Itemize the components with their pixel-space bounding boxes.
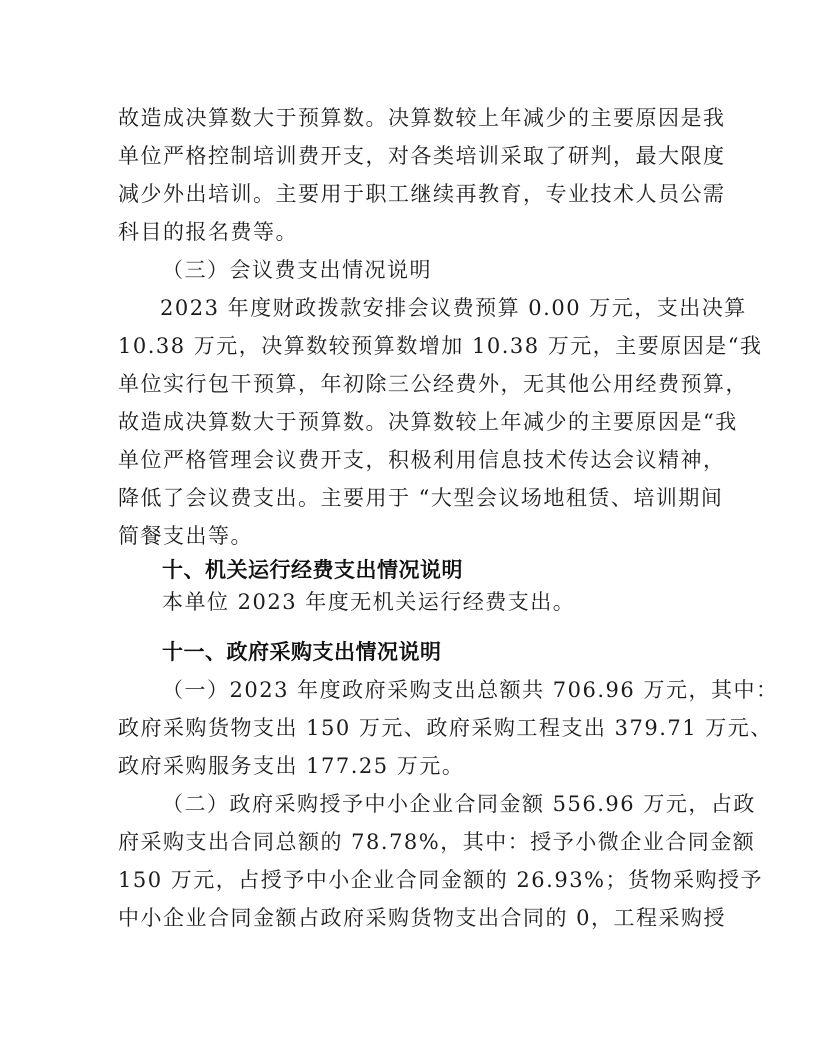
text-line: 单位实行包干预算，年初除三公经费外，无其他公用经费预算， [118,370,718,398]
text-line: 2023 年度财政拨款安排会议费预算 0.00 万元，支出决算 [160,294,760,322]
text-line: 10.38 万元，决算数较预算数增加 10.38 万元，主要原因是“我 [118,332,718,360]
text-line: 减少外出培训。主要用于职工继续再教育，专业技术人员公需 [118,180,718,208]
text-line: 政府采购服务支出 177.25 万元。 [118,752,718,780]
text-line: 本单位 2023 年度无机关运行经费支出。 [162,588,762,616]
text-line: （二）政府采购授予中小企业合同金额 556.96 万元，占政 [162,790,762,818]
text-line: 故造成决算数大于预算数。决算数较上年减少的主要原因是我 [118,104,718,132]
text-line: 单位严格控制培训费开支，对各类培训采取了研判，最大限度 [118,142,718,170]
text-line: 科目的报名费等。 [118,218,718,246]
text-line: 政府采购货物支出 150 万元、政府采购工程支出 379.71 万元、 [118,714,718,742]
text-line: 简餐支出等。 [118,522,718,550]
text-line: 降低了会议费支出。主要用于 “大型会议场地租赁、培训期间 [118,484,718,512]
section-heading-government-procurement: 十一、政府采购支出情况说明 [162,638,762,666]
text-line: （一）2023 年度政府采购支出总额共 706.96 万元，其中： [162,676,762,704]
text-line: 单位严格管理会议费开支，积极利用信息技术传达会议精神， [118,446,718,474]
section-subheading-meeting-fee: （三）会议费支出情况说明 [162,256,762,284]
text-line: 故造成决算数大于预算数。决算数较上年减少的主要原因是“我 [118,408,718,436]
section-heading-agency-operating-costs: 十、机关运行经费支出情况说明 [162,556,762,584]
text-line: 府采购支出合同总额的 78.78%，其中：授予小微企业合同金额 [118,828,718,856]
text-line: 150 万元，占授予中小企业合同金额的 26.93%；货物采购授予 [118,866,718,894]
text-line: 中小企业合同金额占政府采购货物支出合同的 0，工程采购授 [118,904,718,932]
document-page: 故造成决算数大于预算数。决算数较上年减少的主要原因是我 单位严格控制培训费开支，… [0,0,816,1056]
